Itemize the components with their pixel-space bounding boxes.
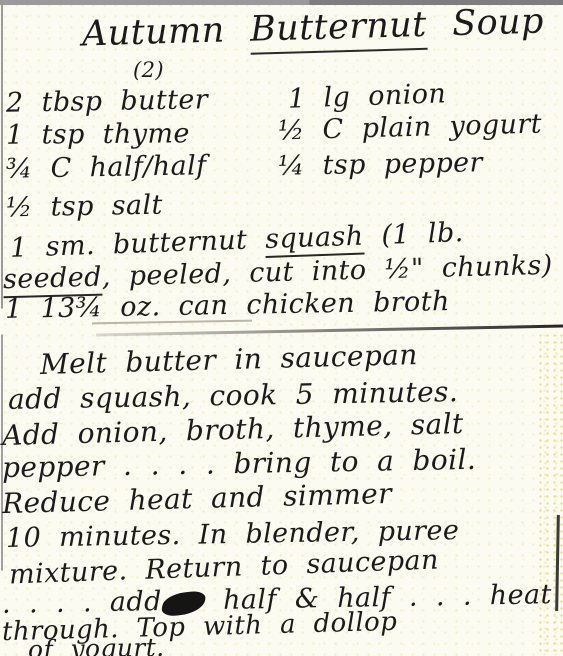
instruction-line-1: Melt butter in saucepan — [40, 340, 418, 379]
ingredient-salt: ½ tsp salt — [6, 192, 163, 223]
title-word-butternut-underlined: Butternut — [250, 5, 428, 55]
squash-line-post: (1 lb. — [363, 217, 464, 251]
instruction-line-10: of yogurt. — [28, 635, 165, 656]
title-word-soup: Soup — [452, 2, 545, 45]
ingredient-half-and-half: ¾ C half/half — [6, 152, 207, 184]
instruction-line-5: Reduce heat and simmer — [2, 479, 393, 518]
ingredient-onion: 1 lg onion — [288, 80, 447, 114]
ingredient-thyme: 1 tsp thyme — [6, 120, 190, 150]
scan-left-edge — [1, 0, 3, 656]
ingredient-butter: 2 tbsp butter — [6, 86, 209, 118]
second-card-top-edge — [96, 324, 563, 336]
recipe-title: Autumn Butternut Soup — [82, 4, 545, 53]
instruction-line-4: pepper . . . . bring to a boil. — [2, 445, 477, 482]
squash-word-underlined: squash — [265, 221, 364, 258]
ingredient-yogurt: ½ C plain yogurt — [278, 111, 543, 146]
ingredient-chicken-broth: 1 13¾ oz. can chicken broth — [5, 288, 450, 324]
inserted-note-2: (2) — [133, 60, 164, 82]
ingredient-pepper: ¼ tsp pepper — [278, 149, 483, 181]
recipe-card-scan: Autumn Butternut Soup (2) 2 tbsp butter … — [0, 0, 563, 656]
title-word-autumn: Autumn — [82, 10, 226, 54]
